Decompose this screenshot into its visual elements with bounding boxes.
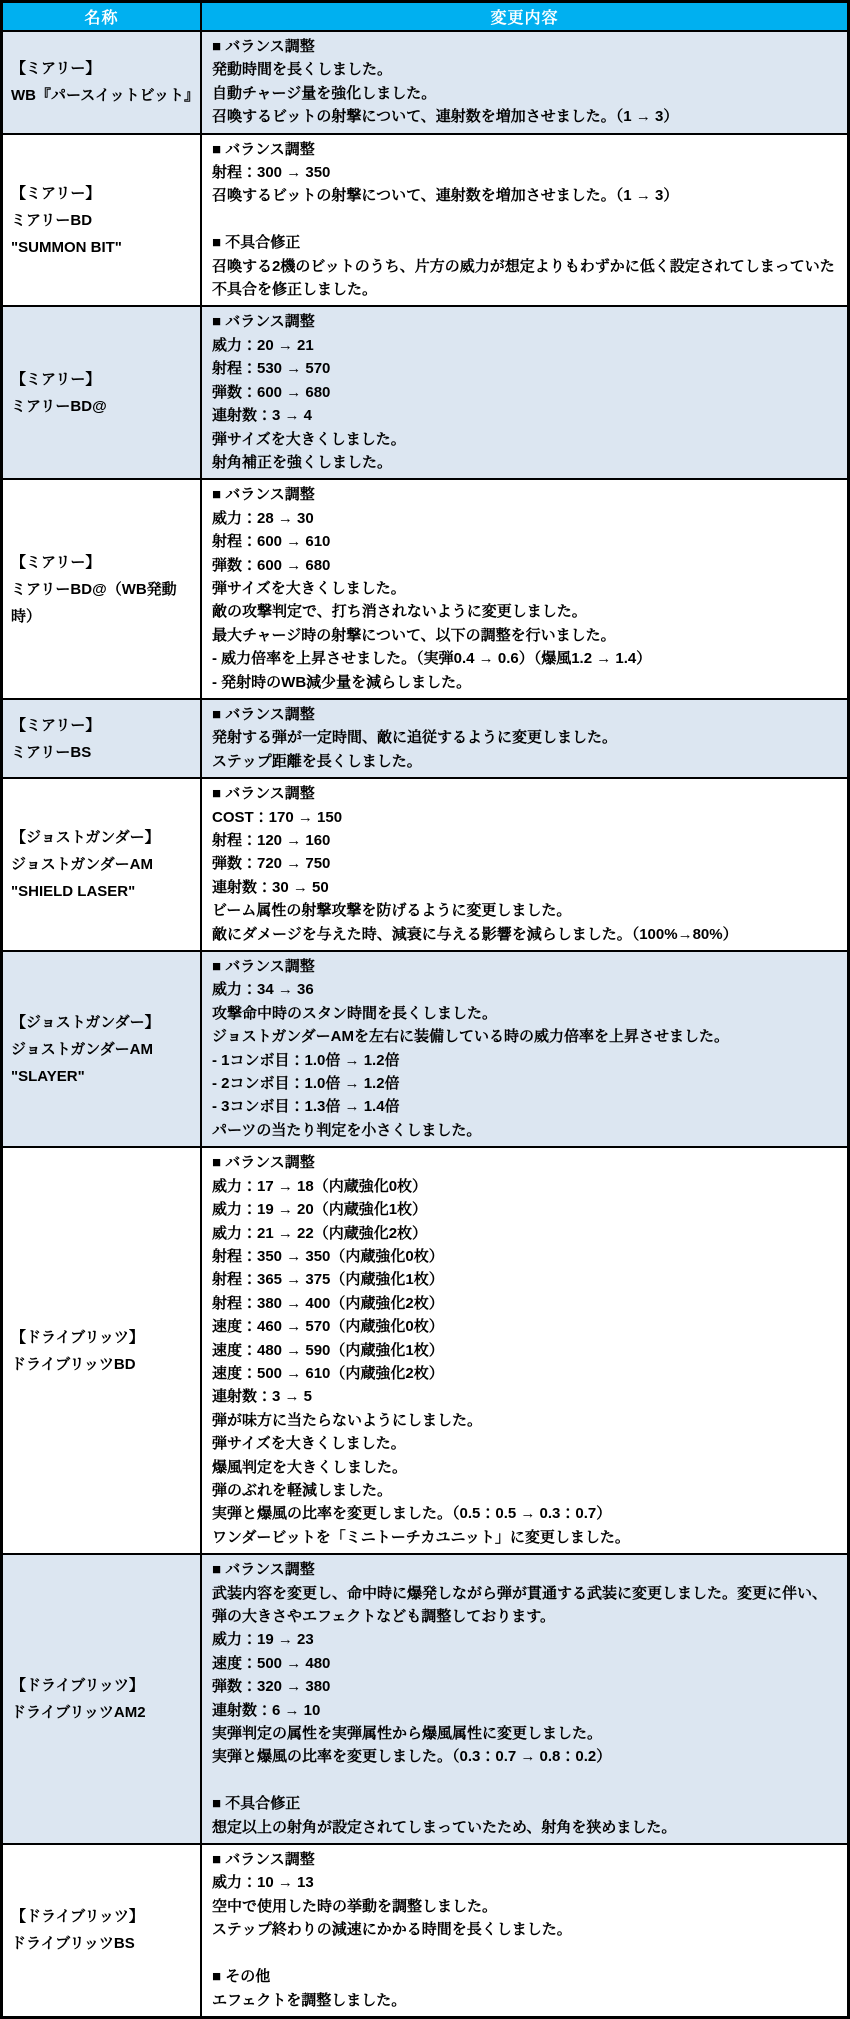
change-detail-line xyxy=(212,1769,837,1792)
item-name-cell: 【ジョストガンダー】ジョストガンダーAM"SHIELD LASER" xyxy=(3,779,202,950)
change-detail-line: - 威力倍率を上昇させました。（実弾0.4 → 0.6）（爆風1.2 → 1.4… xyxy=(212,647,837,670)
item-name-cell: 【ミアリー】WB『パースイットビット』 xyxy=(3,32,202,133)
item-name-line: WB『パースイットビット』 xyxy=(11,82,192,109)
change-detail-line: 威力：10 → 13 xyxy=(212,1871,837,1894)
change-detail-line: 最大チャージ時の射撃について、以下の調整を行いました。 xyxy=(212,624,837,647)
change-detail-line: 敵にダメージを与えた時、減衰に与える影響を減らしました。（100%→80%） xyxy=(212,923,837,946)
change-detail-line: ■ バランス調整 xyxy=(212,955,837,978)
change-detail-line: ワンダービットを「ミニトーチカユニット」に変更しました。 xyxy=(212,1526,837,1549)
change-detail-line: 空中で使用した時の挙動を調整しました。 xyxy=(212,1895,837,1918)
table-row: 【ミアリー】ミアリーBD@ ■ バランス調整威力：20 → 21射程：530 →… xyxy=(3,305,847,478)
item-name-line: ドライブリッツAM2 xyxy=(11,1699,192,1726)
change-detail-line: 弾数：720 → 750 xyxy=(212,852,837,875)
change-detail-line: ■ バランス調整 xyxy=(212,138,837,161)
item-name-cell: 【ジョストガンダー】ジョストガンダーAM"SLAYER" xyxy=(3,952,202,1146)
change-detail-line: 速度：500 → 610（内蔵強化2枚） xyxy=(212,1362,837,1385)
change-detail-line: 想定以上の射角が設定されてしまっていたため、射角を狭めました。 xyxy=(212,1816,837,1839)
item-name-cell: 【ドライブリッツ】ドライブリッツBS xyxy=(3,1845,202,2016)
change-detail-line: 威力：19 → 23 xyxy=(212,1628,837,1651)
change-detail-line: 発動時間を長くしました。 xyxy=(212,58,837,81)
change-detail-line: 召喚する2機のビットのうち、片方の威力が想定よりもわずかに低く設定されてしまって… xyxy=(212,255,837,302)
change-detail-line: 射程：380 → 400（内蔵強化2枚） xyxy=(212,1292,837,1315)
table-row: 【ジョストガンダー】ジョストガンダーAM"SLAYER" ■ バランス調整威力：… xyxy=(3,950,847,1146)
change-detail-line: 威力：28 → 30 xyxy=(212,507,837,530)
change-detail-line: - 3コンボ目：1.3倍 → 1.4倍 xyxy=(212,1095,837,1118)
change-detail-line: 自動チャージ量を強化しました。 xyxy=(212,82,837,105)
change-detail-line: 連射数：6 → 10 xyxy=(212,1699,837,1722)
table-row: 【ジョストガンダー】ジョストガンダーAM"SHIELD LASER" ■ バラン… xyxy=(3,777,847,950)
item-name-line: 【ミアリー】 xyxy=(11,712,192,739)
item-name-line: ドライブリッツBD xyxy=(11,1351,192,1378)
change-details-cell: ■ バランス調整発動時間を長くしました。自動チャージ量を強化しました。召喚するビ… xyxy=(202,32,847,133)
change-detail-line: ■ バランス調整 xyxy=(212,483,837,506)
change-detail-line: 弾サイズを大きくしました。 xyxy=(212,577,837,600)
table-row: 【ミアリー】ミアリーBD@（WB発動時） ■ バランス調整威力：28 → 30射… xyxy=(3,478,847,698)
change-detail-line: 弾のぶれを軽減しました。 xyxy=(212,1479,837,1502)
change-detail-line: - 発射時のWB減少量を減らしました。 xyxy=(212,671,837,694)
item-name-line: 【ミアリー】 xyxy=(11,55,192,82)
change-detail-line: ジョストガンダーAMを左右に装備している時の威力倍率を上昇させました。 xyxy=(212,1025,837,1048)
table-row: 【ミアリー】ミアリーBS ■ バランス調整発射する弾が一定時間、敵に追従するよう… xyxy=(3,698,847,777)
change-detail-line: 威力：34 → 36 xyxy=(212,978,837,1001)
change-detail-line: ■ 不具合修正 xyxy=(212,231,837,254)
change-detail-line: 爆風判定を大きくしました。 xyxy=(212,1456,837,1479)
change-detail-line: ステップ距離を長くしました。 xyxy=(212,750,837,773)
change-details-cell: ■ バランス調整威力：20 → 21射程：530 → 570弾数：600 → 6… xyxy=(202,307,847,478)
change-detail-line: 連射数：3 → 5 xyxy=(212,1385,837,1408)
change-detail-line: ■ バランス調整 xyxy=(212,1558,837,1581)
change-details-cell: ■ バランス調整発射する弾が一定時間、敵に追従するように変更しました。ステップ距… xyxy=(202,700,847,777)
item-name-cell: 【ミアリー】ミアリーBD"SUMMON BIT" xyxy=(3,135,202,306)
column-header-name: 名称 xyxy=(3,3,202,30)
change-detail-line xyxy=(212,1942,837,1965)
change-details-cell: ■ バランス調整威力：28 → 30射程：600 → 610弾数：600 → 6… xyxy=(202,480,847,698)
table-header-row: 名称 変更内容 xyxy=(3,3,847,32)
table-row: 【ドライブリッツ】ドライブリッツBD ■ バランス調整威力：17 → 18（内蔵… xyxy=(3,1146,847,1553)
item-name-line: ジョストガンダーAM xyxy=(11,851,192,878)
item-name-line: 【ドライブリッツ】 xyxy=(11,1903,192,1930)
change-detail-line: 速度：480 → 590（内蔵強化1枚） xyxy=(212,1339,837,1362)
change-detail-line: 射程：300 → 350 xyxy=(212,161,837,184)
change-detail-line: 射程：365 → 375（内蔵強化1枚） xyxy=(212,1268,837,1291)
table-row: 【ドライブリッツ】ドライブリッツAM2 ■ バランス調整武装内容を変更し、命中時… xyxy=(3,1553,847,1843)
change-detail-line: ■ バランス調整 xyxy=(212,703,837,726)
change-detail-line: ■ バランス調整 xyxy=(212,310,837,333)
change-detail-line: 射角補正を強くしました。 xyxy=(212,451,837,474)
change-detail-line: 実弾と爆風の比率を変更しました。（0.5：0.5 → 0.3：0.7） xyxy=(212,1502,837,1525)
change-detail-line: パーツの当たり判定を小さくしました。 xyxy=(212,1119,837,1142)
change-detail-line: エフェクトを調整しました。 xyxy=(212,1989,837,2012)
change-detail-line: ■ バランス調整 xyxy=(212,782,837,805)
change-detail-line: ■ 不具合修正 xyxy=(212,1792,837,1815)
change-detail-line: ■ その他 xyxy=(212,1965,837,1988)
change-detail-line: 発射する弾が一定時間、敵に追従するように変更しました。 xyxy=(212,726,837,749)
item-name-line: ミアリーBS xyxy=(11,739,192,766)
item-name-line: 【ドライブリッツ】 xyxy=(11,1672,192,1699)
change-detail-line: 実弾判定の属性を実弾属性から爆風属性に変更しました。 xyxy=(212,1722,837,1745)
table-row: 【ミアリー】WB『パースイットビット』 ■ バランス調整発動時間を長くしました。… xyxy=(3,32,847,133)
change-detail-line: 威力：19 → 20（内蔵強化1枚） xyxy=(212,1198,837,1221)
column-header-changes: 変更内容 xyxy=(202,3,847,30)
change-detail-line: ビーム属性の射撃攻撃を防げるように変更しました。 xyxy=(212,899,837,922)
change-details-cell: ■ バランス調整COST：170 → 150射程：120 → 160弾数：720… xyxy=(202,779,847,950)
change-detail-line: 威力：20 → 21 xyxy=(212,334,837,357)
change-detail-line: 弾が味方に当たらないようにしました。 xyxy=(212,1409,837,1432)
change-detail-line: 連射数：3 → 4 xyxy=(212,404,837,427)
change-detail-line: 攻撃命中時のスタン時間を長くしました。 xyxy=(212,1002,837,1025)
change-detail-line: 速度：500 → 480 xyxy=(212,1652,837,1675)
change-detail-line: - 1コンボ目：1.0倍 → 1.2倍 xyxy=(212,1049,837,1072)
change-detail-line: 召喚するビットの射撃について、連射数を増加させました。（1 → 3） xyxy=(212,105,837,128)
change-detail-line: 射程：600 → 610 xyxy=(212,530,837,553)
change-detail-line: 威力：21 → 22（内蔵強化2枚） xyxy=(212,1222,837,1245)
item-name-cell: 【ドライブリッツ】ドライブリッツAM2 xyxy=(3,1555,202,1843)
change-detail-line: 武装内容を変更し、命中時に爆発しながら弾が貫通する武装に変更しました。変更に伴い… xyxy=(212,1582,837,1629)
change-details-cell: ■ バランス調整威力：17 → 18（内蔵強化0枚）威力：19 → 20（内蔵強… xyxy=(202,1148,847,1553)
change-detail-line: 弾数：600 → 680 xyxy=(212,381,837,404)
item-name-cell: 【ミアリー】ミアリーBD@（WB発動時） xyxy=(3,480,202,698)
change-detail-line: ■ バランス調整 xyxy=(212,1151,837,1174)
item-name-line: ドライブリッツBS xyxy=(11,1930,192,1957)
change-detail-line: 召喚するビットの射撃について、連射数を増加させました。（1 → 3） xyxy=(212,184,837,207)
change-detail-line: 連射数：30 → 50 xyxy=(212,876,837,899)
item-name-cell: 【ドライブリッツ】ドライブリッツBD xyxy=(3,1148,202,1553)
table-body: 【ミアリー】WB『パースイットビット』 ■ バランス調整発動時間を長くしました。… xyxy=(3,32,847,2016)
item-name-line: 【ミアリー】 xyxy=(11,366,192,393)
item-name-line: 【ミアリー】 xyxy=(11,180,192,207)
item-name-line: 【ジョストガンダー】 xyxy=(11,824,192,851)
change-detail-line: 速度：460 → 570（内蔵強化0枚） xyxy=(212,1315,837,1338)
change-detail-line: 射程：530 → 570 xyxy=(212,357,837,380)
change-detail-line: ■ バランス調整 xyxy=(212,1848,837,1871)
change-detail-line: 実弾と爆風の比率を変更しました。（0.3：0.7 → 0.8：0.2） xyxy=(212,1745,837,1768)
change-detail-line: ステップ終わりの減速にかかる時間を長くしました。 xyxy=(212,1918,837,1941)
change-detail-line: - 2コンボ目：1.0倍 → 1.2倍 xyxy=(212,1072,837,1095)
item-name-line: ミアリーBD xyxy=(11,207,192,234)
item-name-line: ミアリーBD@ xyxy=(11,393,192,420)
item-name-line: 【ジョストガンダー】 xyxy=(11,1009,192,1036)
change-detail-line: COST：170 → 150 xyxy=(212,806,837,829)
change-detail-line: 射程：350 → 350（内蔵強化0枚） xyxy=(212,1245,837,1268)
item-name-line: "SHIELD LASER" xyxy=(11,878,192,905)
change-detail-line: 弾サイズを大きくしました。 xyxy=(212,428,837,451)
item-name-line: "SUMMON BIT" xyxy=(11,234,192,261)
change-detail-line: 威力：17 → 18（内蔵強化0枚） xyxy=(212,1175,837,1198)
item-name-cell: 【ミアリー】ミアリーBS xyxy=(3,700,202,777)
change-details-cell: ■ バランス調整威力：10 → 13空中で使用した時の挙動を調整しました。ステッ… xyxy=(202,1845,847,2016)
change-detail-line: ■ バランス調整 xyxy=(212,35,837,58)
change-detail-line xyxy=(212,208,837,231)
item-name-cell: 【ミアリー】ミアリーBD@ xyxy=(3,307,202,478)
change-detail-line: 弾サイズを大きくしました。 xyxy=(212,1432,837,1455)
item-name-line: 【ドライブリッツ】 xyxy=(11,1324,192,1351)
change-details-cell: ■ バランス調整武装内容を変更し、命中時に爆発しながら弾が貫通する武装に変更しま… xyxy=(202,1555,847,1843)
item-name-line: "SLAYER" xyxy=(11,1063,192,1090)
change-detail-line: 弾数：600 → 680 xyxy=(212,554,837,577)
item-name-line: 【ミアリー】 xyxy=(11,549,192,576)
patch-notes-table: 名称 変更内容 【ミアリー】WB『パースイットビット』 ■ バランス調整発動時間… xyxy=(0,0,850,2019)
change-detail-line: 弾数：320 → 380 xyxy=(212,1675,837,1698)
change-details-cell: ■ バランス調整威力：34 → 36攻撃命中時のスタン時間を長くしました。ジョス… xyxy=(202,952,847,1146)
item-name-line: ジョストガンダーAM xyxy=(11,1036,192,1063)
change-detail-line: 敵の攻撃判定で、打ち消されないように変更しました。 xyxy=(212,600,837,623)
change-detail-line: 射程：120 → 160 xyxy=(212,829,837,852)
change-details-cell: ■ バランス調整射程：300 → 350召喚するビットの射撃について、連射数を増… xyxy=(202,135,847,306)
item-name-line: ミアリーBD@（WB発動時） xyxy=(11,576,192,630)
table-row: 【ミアリー】ミアリーBD"SUMMON BIT" ■ バランス調整射程：300 … xyxy=(3,133,847,306)
